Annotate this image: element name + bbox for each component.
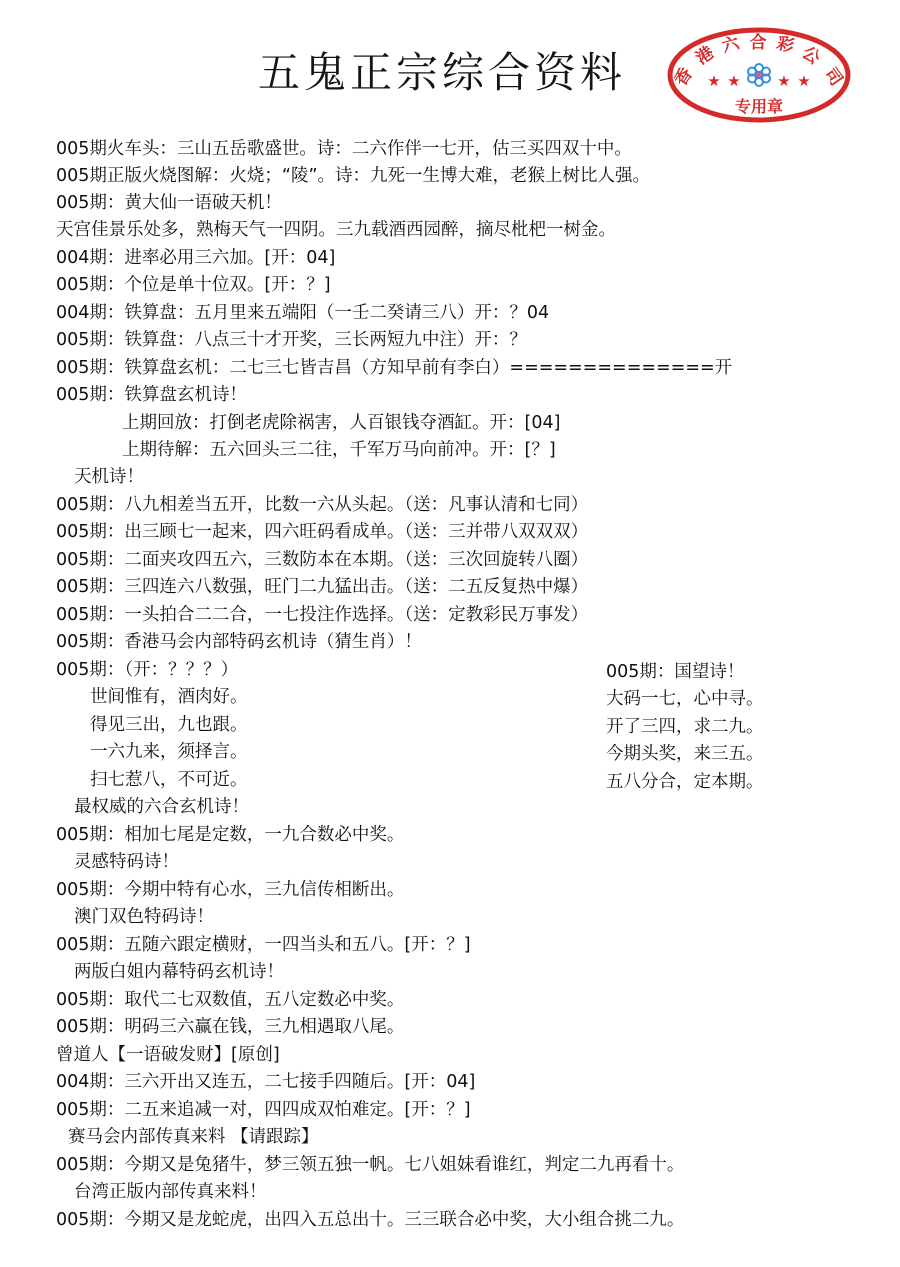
text-line: 005期：今期又是兔猪牛，梦三领五独一帆。七八姐妹看谁红，判定二九再看十。 <box>56 1154 684 1176</box>
text-line: 004期：三六开出又连五，二七接手四随后。[开：04] <box>56 1071 475 1093</box>
text-line: 005期：铁算盘：八点三十才开奖，三长两短九中注）开：？ <box>56 329 527 351</box>
text-line: 005期：铁算盘玄机诗！ <box>56 384 247 406</box>
text-line: 005期：（开：？？？） <box>56 659 238 681</box>
section-heading: 两版白姐内幕特码玄机诗！ <box>74 961 284 983</box>
section-heading: 曾道人【一语破发财】[原创] <box>56 1044 280 1066</box>
right-column-line: 今期头奖，来三五。 <box>606 743 764 765</box>
text-line: 004期：进率必用三六加。[开：04] <box>56 247 335 269</box>
right-column-line: 五八分合，定本期。 <box>606 771 764 793</box>
text-line: 004期：铁算盘：五月里来五端阳（一壬二癸请三八）开：？04 <box>56 302 549 324</box>
text-line: 005期：明码三六赢在钱，三九相遇取八尾。 <box>56 1016 404 1038</box>
section-heading: 赛马会内部传真来料 【请跟踪】 <box>68 1126 319 1148</box>
text-line: 005期：今期又是龙蛇虎，出四入五总出十。三三联合必中奖，大小组合挑二九。 <box>56 1209 684 1231</box>
stamp-char: 合 <box>750 32 767 53</box>
text-line: 005期：个位是单十位双。[开：？] <box>56 274 331 296</box>
svg-text:★: ★ <box>707 72 720 90</box>
text-line: 上期回放：打倒老虎除祸害，人百银钱夺酒缸。开：[04] <box>122 412 560 434</box>
text-line: 上期待解：五六回头三二往，千军万马向前冲。开：[？] <box>122 439 556 461</box>
text-line: 005期正版火烧图解：火烧；“陵”。诗：九死一生博大难，老猴上树比人强。 <box>56 165 650 187</box>
stamp-char: 港 <box>692 43 717 69</box>
section-heading: 台湾正版内部传真来料！ <box>74 1181 267 1203</box>
text-line: 005期：取代二七双数值，五八定数必中奖。 <box>56 989 404 1011</box>
text-line: 005期：五随六跟定横财，一四当头和五八。[开：？] <box>56 934 471 956</box>
text-line: 005期：三四连六八数强，旺门二九猛出击。（送：二五反复热中爆） <box>56 576 588 598</box>
text-line: 005期：二面夹攻四五六，三数防本在本期。（送：三次回旋转八圈） <box>56 549 588 571</box>
section-heading: 澳门双色特码诗！ <box>74 906 214 928</box>
poem-line: 一六九来，须择言。 <box>90 741 248 763</box>
stamp-bottom-text: 专用章 <box>735 97 783 116</box>
flower-emblem-icon <box>748 64 770 86</box>
stamp-char: 彩 <box>774 33 796 57</box>
svg-text:★: ★ <box>777 72 790 90</box>
text-line: 005期：八九相差当五开，比数一六从头起。（送：凡事认清和七同） <box>56 494 588 516</box>
stamp-char: 公 <box>798 43 823 69</box>
text-line: 005期火车头：三山五岳歌盛世。诗：二六作伴一七开，估三买四双十中。 <box>56 138 632 160</box>
section-heading: 最权威的六合玄机诗！ <box>74 796 249 818</box>
poem-line: 世间惟有，酒肉好。 <box>90 686 248 708</box>
right-column-heading: 005期：国望诗！ <box>606 661 744 683</box>
text-line: 005期：香港马会内部特码玄机诗（猜生肖）！ <box>56 631 422 653</box>
stamp-char: 六 <box>720 33 743 57</box>
poem-line: 扫七惹八，不可近。 <box>90 769 248 791</box>
svg-text:★: ★ <box>797 72 810 90</box>
svg-text:★: ★ <box>727 72 740 90</box>
text-line: 005期：黄大仙一语破天机！ <box>56 192 282 214</box>
right-column-line: 开了三四，求二九。 <box>606 716 764 738</box>
stamp-char: 司 <box>820 64 846 89</box>
text-line: 005期：今期中特有心水，三九信传相断出。 <box>56 879 404 901</box>
text-line: 005期：二五来追减一对，四四成双怕难定。[开：？] <box>56 1099 471 1121</box>
right-column-line: 大码一七，心中寻。 <box>606 688 764 710</box>
section-heading: 天机诗！ <box>74 466 144 488</box>
text-line: 005期：铁算盘玄机：二七三七皆吉昌（方知早前有李白）=============… <box>56 357 732 379</box>
section-heading: 灵感特码诗！ <box>74 851 179 873</box>
text-line: 005期：一头拍合二二合，一七投注作选择。（送：定教彩民万事发） <box>56 604 588 626</box>
text-line: 天宫佳景乐处多，熟梅天气一四阴。三九载酒西园醉，摘尽枇杷一树金。 <box>56 219 616 241</box>
text-line: 005期：相加七尾是定数，一九合数必中奖。 <box>56 824 404 846</box>
poem-line: 得见三出，九也跟。 <box>90 714 248 736</box>
text-line: 005期：出三顾七一起来，四六旺码看成单。（送：三并带八双双双） <box>56 521 588 543</box>
page-title: 五鬼正宗综合资料 <box>258 40 626 100</box>
company-seal-stamp: 香 港 六 合 彩 公 司 专用章 ★ ★ ★ ★ <box>666 26 852 124</box>
